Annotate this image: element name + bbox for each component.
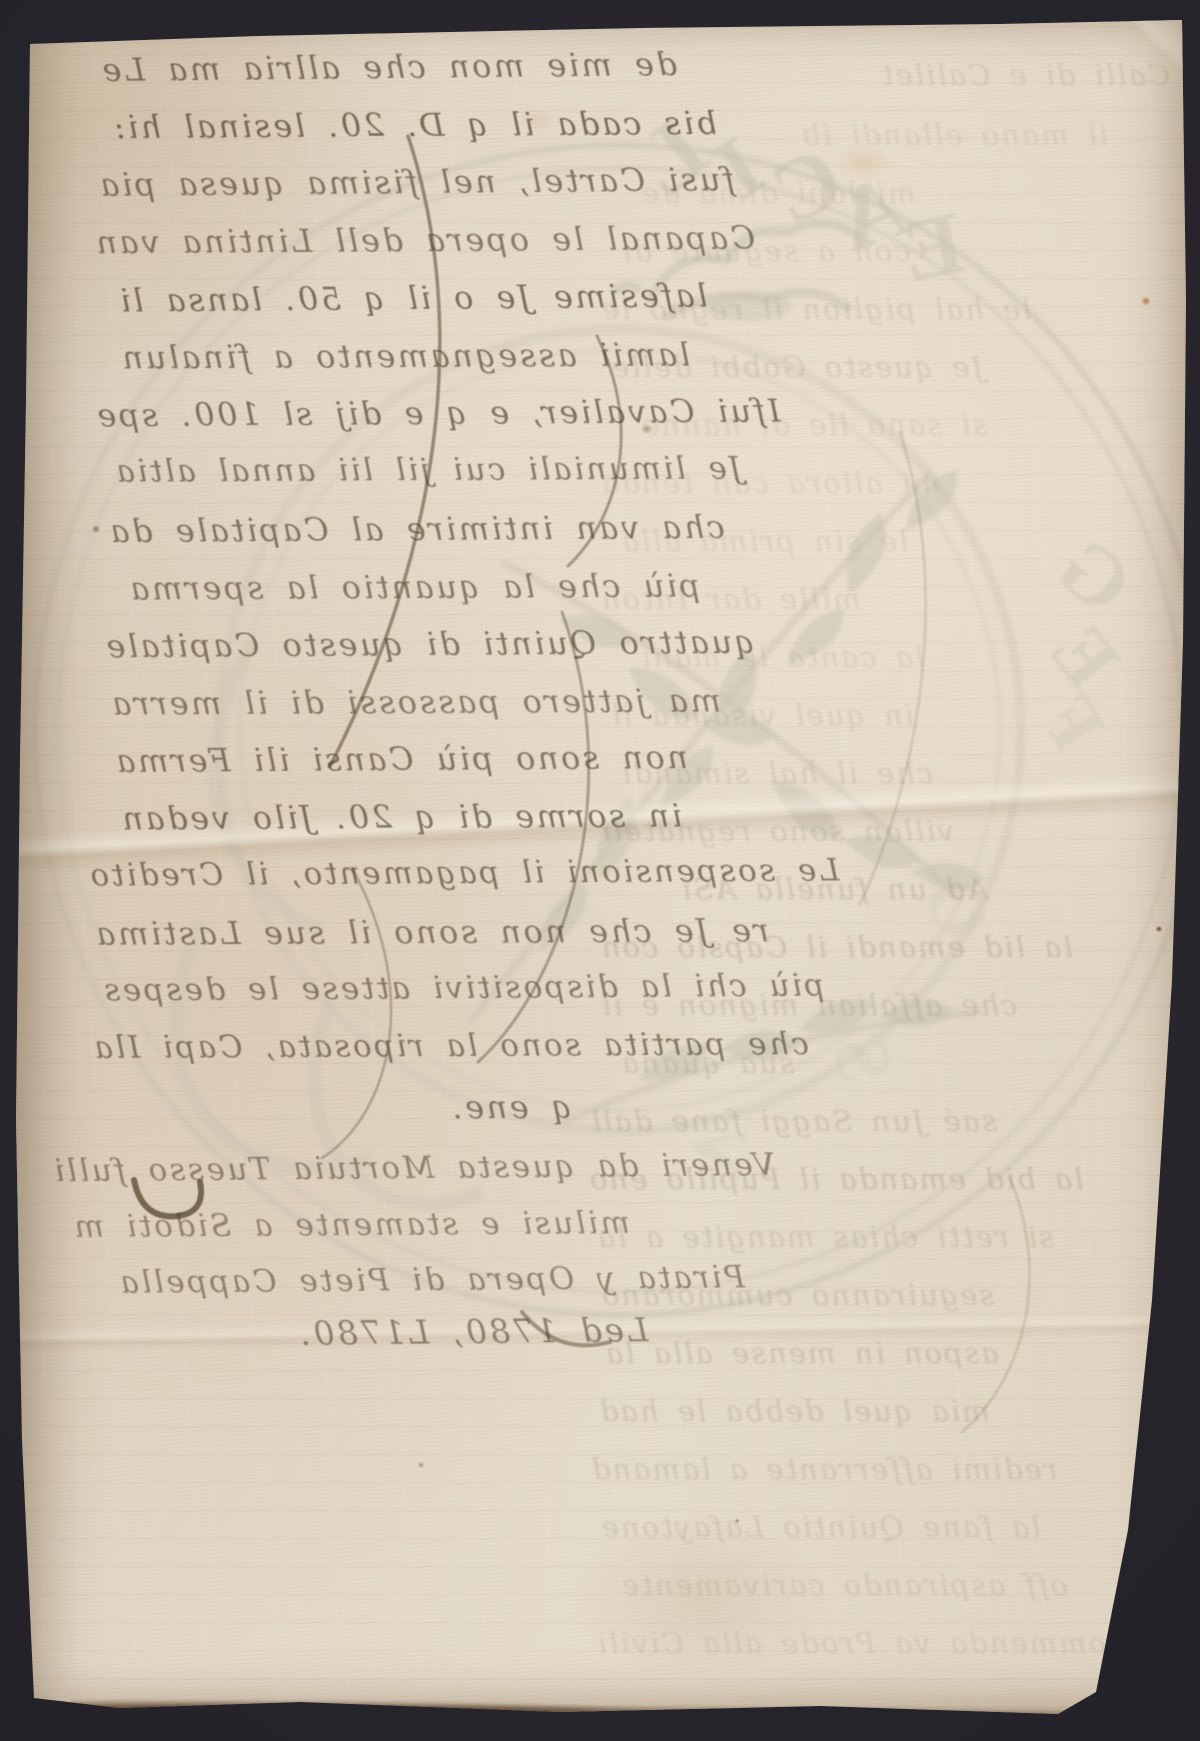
script-line: de mie mon che allria ma Le: [100, 45, 677, 89]
script-line: non sono più Cansi ili Ferma: [114, 738, 688, 780]
script-line: Veneri da questa Mortuia Tuesso fulli: [52, 1147, 775, 1189]
scan-background: LICAEGEFOSV Calli di e Caliletil mano el…: [0, 0, 1200, 1741]
script-line: Je limuniali cui jil lii annal altia: [114, 450, 742, 489]
script-line: più chi la dispositivi attese le despes: [102, 967, 824, 1008]
document-page: LICAEGEFOSV Calli di e Caliletil mano el…: [0, 0, 1200, 1741]
script-line: fusi Cartel, nel fisima quesa pia: [98, 160, 735, 204]
script-line: Capanal le opera dell Lintina van: [94, 219, 755, 262]
script-line: mia quel debba le had: [598, 1394, 990, 1428]
script-line: lamii assegnamento a finalun: [120, 336, 690, 377]
script-line: Calli di e Calilet: [880, 58, 1170, 92]
script-line: lafesime Je o il q 50. lansa li: [118, 276, 708, 319]
top-edge-highlight: [26, 8, 1184, 28]
script-line: cha van intimire al Capitale da: [108, 508, 725, 550]
script-line: milusi e stamente a Sidoti m: [72, 1205, 630, 1245]
script-line: si retti chias mangite a la: [596, 1220, 1054, 1254]
script-line: il mano ellandi ib: [800, 118, 1109, 152]
script-line: Ifui Cavalier, e q e dij sl 100. spe: [95, 392, 781, 435]
script-line: redimi afferrante a lamand: [590, 1452, 1058, 1486]
script-line: in sorme di q 20. Jilo vedan: [120, 797, 682, 838]
script-line: aspon in mense alla la: [604, 1336, 999, 1370]
script-line: commenda va Prode alla Civili: [596, 1626, 1124, 1660]
script-line: Led 1780, L1780.: [298, 1310, 649, 1353]
watermark-letter: S: [816, 1033, 908, 1087]
watermark-letter: F: [1022, 679, 1124, 765]
script-line: saé Jun Saggi fane dall: [590, 1104, 997, 1138]
script-line: più che la quantio la sperma: [128, 567, 700, 608]
bottom-edge-stain: [70, 1688, 1080, 1718]
script-line: Pirata y Opera di Piete Cappella: [118, 1259, 745, 1300]
script-line: bis cada il q D. 20. lesinal hi:: [112, 104, 717, 146]
watermark-letter: E: [1032, 608, 1137, 706]
watermark-letter: G: [1039, 518, 1151, 634]
script-line: off aspirando carivamente: [620, 1568, 1068, 1602]
script-line: che partita sono la riposata, Capi Ila: [92, 1026, 809, 1066]
script-line: quattro Quinti di questo Capitale: [104, 623, 755, 666]
script-line: ma jattero passossi di il merra: [110, 681, 721, 722]
script-line: la fane Quintio Lafaytone: [600, 1510, 1041, 1544]
script-line: Le sospensioni il pagamento, il Credito: [88, 852, 840, 893]
script-line: re Je che non sono il sue Lastima: [94, 911, 769, 953]
script-line: q ene.: [450, 1088, 572, 1126]
